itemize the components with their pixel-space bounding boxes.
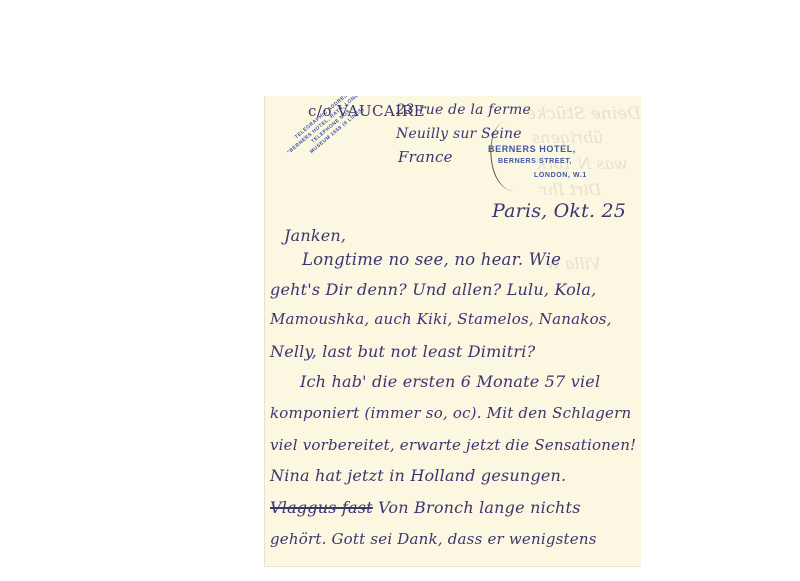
return-town: Neuilly sur Seine xyxy=(396,126,522,142)
body-line: viel vorbereitet, erwarte jetzt die Sens… xyxy=(270,436,636,454)
body-line: Nelly, last but not least Dimitri? xyxy=(270,342,535,361)
body-line: Nina hat jetzt in Holland gesungen. xyxy=(270,466,566,485)
bleed-through-text: Deine Stücke xyxy=(526,104,641,124)
struck-out-text: Vlaggus fast xyxy=(270,498,373,517)
hotel-city: LONDON, W.1 xyxy=(534,172,587,179)
salutation: Janken, xyxy=(284,226,346,245)
body-line: gehört. Gott sei Dank, dass er wenigsten… xyxy=(270,530,597,548)
bleed-through-text: Dirt Ihr xyxy=(540,180,601,199)
body-line: komponiert (immer so, oc). Mit den Schla… xyxy=(270,404,631,422)
continued-text: Von Bronch lange nichts xyxy=(378,498,581,517)
body-line: Mamoushka, auch Kiki, Stamelos, Nanakos, xyxy=(270,310,612,328)
return-country: France xyxy=(398,148,453,166)
body-line: Longtime no see, no hear. Wie xyxy=(302,250,561,269)
body-line: Ich hab' die ersten 6 Monate 57 viel xyxy=(300,372,600,391)
return-street: 23 rue de la ferme xyxy=(396,102,531,118)
body-line-with-strikeout: Vlaggus fast Von Bronch lange nichts xyxy=(270,498,581,517)
dateline: Paris, Okt. 25 xyxy=(492,200,626,222)
letter-page: Deine Stücke übrigens was N York Dirt Ih… xyxy=(264,96,641,567)
body-line: geht's Dir denn? Und allen? Lulu, Kola, xyxy=(270,280,596,299)
